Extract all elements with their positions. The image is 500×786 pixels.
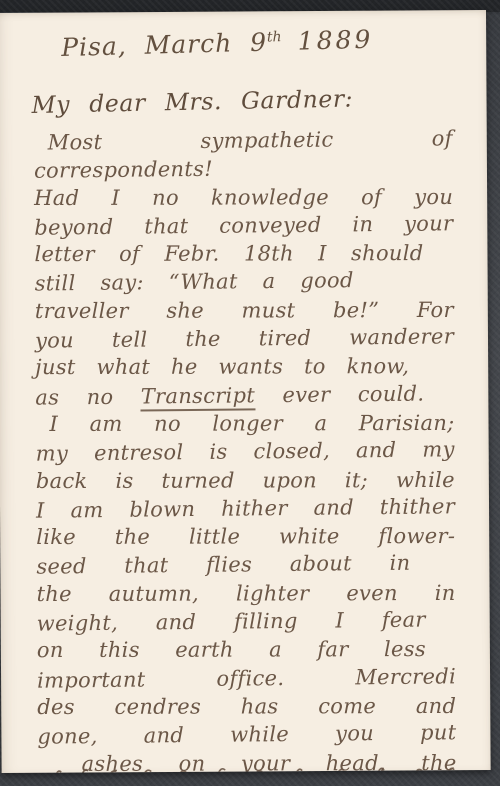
letter-line: I am no longer a Parisian;: [35, 409, 454, 438]
letter-line: back is turned upon it; while: [36, 466, 455, 495]
letter-line: traveller she must be!” For: [35, 296, 454, 325]
letter-line: des cendres has come and: [37, 692, 456, 721]
dateline: Pisa, March 9th1889: [61, 22, 487, 62]
letter-line: important office. Mercredi: [37, 662, 456, 695]
partial-next-line-ink-strokes: [48, 761, 468, 773]
letter-line: still say: “What a good: [35, 267, 354, 299]
letter-line: I am blown hither and thither: [36, 492, 455, 525]
letter-line: weight, and filling I fear: [37, 606, 426, 638]
letter-line: beyond that conveyed in your: [34, 209, 453, 242]
letter-line: on this earth a far less: [37, 635, 426, 664]
letter-page: Pisa, March 9th1889 My dear Mrs. Gardner…: [0, 10, 491, 773]
letter-line-transcript: as no Transcript ever could.: [35, 379, 424, 411]
letter-body: Most sympathetic of correspondents! Had …: [34, 125, 457, 773]
photo-background: Pisa, March 9th1889 My dear Mrs. Gardner…: [0, 0, 500, 786]
letter-line: Most sympathetic of correspondents!: [34, 124, 454, 185]
letter-line: gone, and while you put: [37, 719, 456, 752]
letter-line: just what he wants to know,: [35, 353, 409, 382]
letter-line: like the little white flower-: [36, 522, 455, 551]
letter-line: Had I no knowledge of you: [34, 183, 453, 212]
transcript-line-pre: as no: [35, 384, 113, 409]
letter-line: you tell the tired wanderer: [35, 322, 454, 355]
letter-line: my entresol is closed, and my: [36, 436, 455, 469]
letter-line: seed that flies about in: [36, 549, 410, 581]
dateline-place-day: Pisa, March 9: [61, 27, 268, 62]
underlined-word: Transcript: [141, 383, 256, 411]
salutation: My dear Mrs. Gardner:: [31, 82, 486, 119]
dateline-year: 1889: [297, 25, 373, 56]
letter-line: the autumn, lighter even in: [37, 579, 456, 608]
letter-line: letter of Febr. 18th I should: [34, 239, 423, 268]
transcript-line-post: ever could.: [282, 381, 424, 406]
dateline-ordinal: th: [267, 29, 282, 45]
